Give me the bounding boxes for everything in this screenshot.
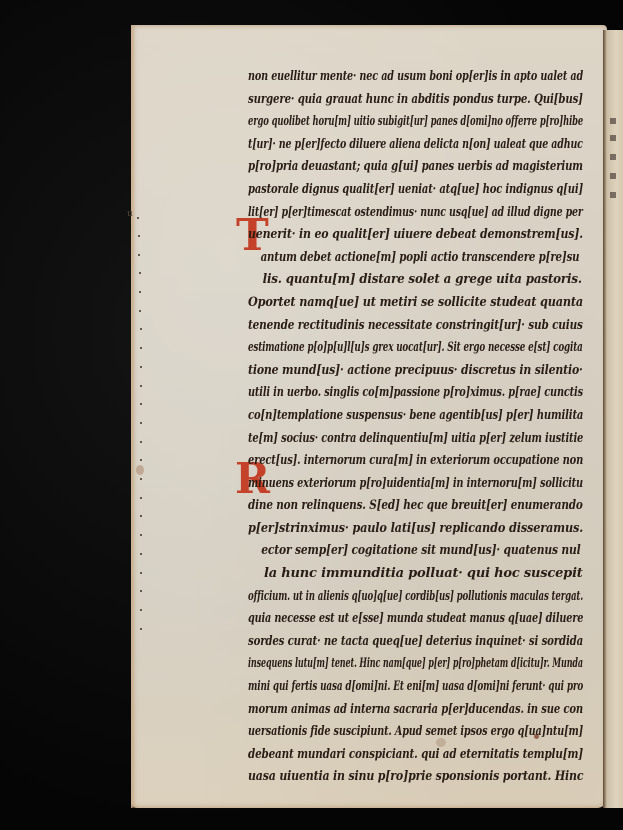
pricking-hole: [139, 310, 141, 312]
text-line: quia necesse est ut e[sse] munda studeat…: [248, 608, 497, 631]
text-line: tenende rectitudinis necessitate constri…: [248, 315, 518, 338]
pricking-hole: [139, 272, 141, 274]
pricking-hole: [140, 422, 142, 424]
pricking-hole: [138, 235, 140, 237]
pricking-hole: [140, 497, 142, 499]
text-line: tione mund[us]· actione precipuus· discr…: [248, 360, 529, 383]
text-line: sordes curat· ne tacta queq[ue] deterius…: [248, 631, 510, 654]
folio-edge: [131, 25, 135, 808]
bleed-through: [610, 173, 616, 179]
pricking-hole: [140, 572, 142, 574]
marginal-mark: u: [127, 209, 133, 219]
text-line: te[m] socius· contra delinquentiu[m] uit…: [248, 428, 502, 451]
pricking-hole: [140, 478, 142, 480]
pricking-hole: [140, 609, 142, 611]
text-line: uasa uiuentia in sinu p[ro]prie sponsion…: [248, 766, 531, 789]
text-line: uersationis fide suscipiunt. Apud semet …: [248, 721, 497, 744]
bleed-through: [610, 192, 616, 198]
text-line: erect[us]. internorum cura[m] in exterio…: [248, 450, 503, 473]
text-line: debeant mundari conspiciant. qui ad eter…: [248, 744, 515, 767]
text-line: co[n]templatione suspensus· bene agentib…: [248, 405, 507, 428]
text-line: Oportet namq[ue] ut metiri se sollicite …: [248, 292, 538, 315]
text-line: antum debet actione[m] popli actio trans…: [248, 247, 511, 270]
pricking-hole: [140, 628, 142, 630]
text-line: pastorale dignus qualit[er] ueniat· atq[…: [248, 179, 505, 202]
text-line: morum animas ad interna sacraria p[er]du…: [248, 699, 506, 722]
text-line: la hunc immunditia polluat· qui hoc susc…: [248, 563, 583, 586]
bleed-through: [610, 135, 616, 141]
text-line: dine non relinquens. S[ed] hec que breui…: [248, 495, 516, 518]
text-line: minuens exteriorum p[ro]uidentia[m] in i…: [248, 473, 499, 496]
pricking-hole: [140, 553, 142, 555]
bleed-through: [610, 118, 616, 124]
text-column: non euellitur mente· nec ad usum boni op…: [248, 66, 583, 789]
text-line: ector semp[er] cogitatione sit mund[us]·…: [248, 540, 524, 563]
text-line: utili in uerbo. singlis co[m]passione p[…: [248, 382, 499, 405]
pricking-hole: [140, 403, 142, 405]
pricking-hole: [140, 534, 142, 536]
text-line: officium. ut in alienis q[uo]q[ue] cordi…: [248, 586, 469, 609]
pricking-hole: [137, 217, 139, 219]
text-line: t[ur]· ne p[er]fecto diluere aliena deli…: [248, 134, 492, 157]
pricking-hole: [138, 254, 140, 256]
text-line: uenerit· in eo qualit[er] uiuere debeat …: [248, 224, 531, 247]
pricking-hole: [140, 590, 142, 592]
text-line: ergo quolibet horu[m] uitio subigit[ur] …: [248, 111, 465, 134]
pricking-hole: [140, 347, 142, 349]
pricking-hole: [140, 328, 142, 330]
pricking-hole: [140, 459, 142, 461]
text-line: insequens lutu[m] tenet. Hinc nam[que] p…: [248, 653, 455, 676]
stain: [136, 465, 144, 475]
text-line: non euellitur mente· nec ad usum boni op…: [248, 66, 496, 89]
text-line: lit[er] p[er]timescat ostendimus· nunc u…: [248, 202, 490, 225]
text-line: lis. quantu[m] distare solet a grege uit…: [248, 269, 554, 292]
text-line: estimatione p[o]p[u]l[u]s grex uocat[ur]…: [248, 337, 473, 360]
pricking-hole: [140, 385, 142, 387]
pricking-hole: [140, 441, 142, 443]
bleed-through: [610, 154, 616, 160]
pricking-hole: [140, 366, 142, 368]
next-leaf-edge: [603, 30, 623, 808]
text-line: p[er]strinximus· paulo lati[us] replican…: [248, 518, 539, 541]
pricking-hole: [140, 515, 142, 517]
text-line: surgere· quia grauat hunc in abditis pon…: [248, 89, 511, 112]
pricking-hole: [139, 291, 141, 293]
text-line: mini qui fertis uasa d[omi]ni. Et eni[m]…: [248, 676, 476, 699]
text-line: p[ro]pria deuastant; quia g[ui] panes ue…: [248, 156, 509, 179]
